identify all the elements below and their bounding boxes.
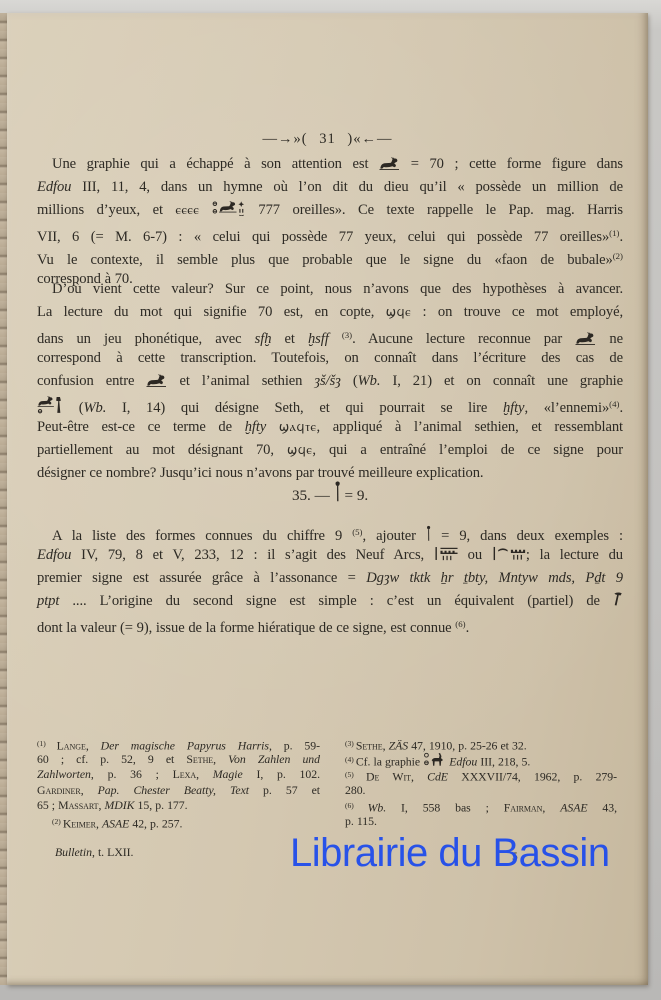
- text-segment: Vu le contexte, il semble plus que proba…: [37, 252, 613, 268]
- text-segment: désigner ce nombre? Jusqu’ici nous n’avo…: [37, 465, 483, 481]
- text-segment: = 70 ; cette forme figure dans: [400, 156, 623, 172]
- paragraph-3: A la liste des formes connues du chiffre…: [37, 521, 623, 636]
- text-segment: ȝš/šȝ: [314, 373, 340, 389]
- text-segment: (6): [345, 801, 368, 810]
- text-segment: Pap. Chester Beatty, Text: [98, 783, 249, 797]
- text-segment: , appliqué à l’animal sethien, et ressem…: [317, 419, 623, 435]
- text-segment: Dgȝw tktk ẖr ṯbty, Mntyw mds, Pḏt 9: [366, 570, 623, 586]
- text-segment: (: [63, 400, 83, 416]
- text-segment: 280.: [345, 783, 365, 797]
- text-line: premier signe est assurée grâce à l’asso…: [37, 567, 623, 590]
- text-segment: Edfou: [37, 547, 71, 563]
- text-segment: , p. 59-: [269, 739, 320, 753]
- text-line: (1) Lange, Der magische Papyrus Harris, …: [37, 736, 320, 752]
- text-segment: (5): [345, 770, 366, 779]
- text-segment: ,: [411, 770, 427, 784]
- text-segment: Lange: [57, 739, 86, 753]
- text-segment: CdE: [427, 770, 448, 784]
- text-segment: .... L’origine du second signe est simpl…: [59, 593, 613, 609]
- text-segment: 47, 1910, p. 25-26 et 32.: [408, 739, 527, 753]
- text-line: Edfou III, 11, 4, dans un hymne où l’on …: [37, 176, 623, 199]
- text-segment: , qui a entraîné l’emploi de ce signe po…: [312, 442, 623, 458]
- text-segment: confusion entre: [37, 373, 146, 389]
- text-segment: Edfou: [37, 179, 71, 195]
- text-segment: Sethe: [186, 752, 213, 766]
- text-segment: : on trouve ce mot employé,: [411, 304, 623, 320]
- paragraph-2: D’où vient cette valeur? Sur ce point, n…: [37, 278, 623, 485]
- text-line: Gardiner, Pap. Chester Beatty, Text p. 5…: [37, 783, 320, 799]
- text-segment: MDIK: [104, 798, 134, 812]
- text-segment: ḫsff: [308, 331, 329, 347]
- text-segment: ,: [213, 752, 228, 766]
- text-segment: I, p. 102.: [243, 767, 320, 781]
- text-segment: Fairman: [504, 801, 543, 815]
- text-segment: = 9.: [341, 487, 368, 504]
- text-line: (3) Sethe, ZÄS 47, 1910, p. 25-26 et 32.: [345, 736, 617, 752]
- text-segment: 65 ;: [37, 798, 58, 812]
- text-segment: Une graphie qui a échappé à son attentio…: [52, 156, 379, 172]
- text-segment: D’où vient cette valeur? Sur ce point, n…: [52, 281, 623, 297]
- text-segment: Gardiner: [37, 783, 81, 797]
- text-segment: 42, p. 257.: [129, 816, 182, 830]
- text-segment: 43,: [588, 801, 618, 815]
- text-segment: ou: [458, 547, 492, 563]
- text-segment: Zahlworten: [37, 767, 91, 781]
- section-35-heading: 35. — = 9.: [37, 481, 623, 511]
- text-segment: Peut-être est-ce ce terme de: [37, 419, 245, 435]
- text-segment: , «l’ennemi»: [524, 400, 609, 416]
- text-line: 35. — = 9.: [37, 481, 623, 511]
- text-line: Peut-être est-ce ce terme de ḫfty ϣⲁϥⲧⲉ,…: [37, 416, 623, 439]
- text-segment: et: [271, 331, 308, 347]
- text-segment: (3): [345, 739, 356, 748]
- text-line: A la liste des formes connues du chiffre…: [37, 521, 623, 544]
- page-number-ornament: —→»( 31 )«←—: [7, 131, 648, 148]
- text-segment: 35. —: [292, 487, 334, 504]
- text-line: millions d’yeux, et ⲉⲉⲉⲉ 777 oreilles». …: [37, 199, 623, 222]
- text-segment: . Aucune lecture reconnue par: [352, 331, 575, 347]
- text-segment: I, 558 bas ;: [386, 801, 504, 815]
- text-segment: (4): [345, 755, 356, 764]
- text-segment: 15, p. 177.: [134, 798, 187, 812]
- text-segment: A la liste des formes connues du chiffre…: [52, 528, 352, 544]
- text-segment: , ajouter: [363, 528, 427, 544]
- text-segment: [199, 202, 212, 218]
- text-segment: 60 ; cf. p. 52, 9 et: [37, 752, 186, 766]
- text-segment: I, 21) et on connaît une graphie: [380, 373, 623, 389]
- text-segment: I, 14) qui désigne Seth, et qui pourrait…: [106, 400, 503, 416]
- text-segment: Wb.: [83, 400, 106, 416]
- text-line: (Wb. I, 14) qui désigne Seth, et qui pou…: [37, 393, 623, 416]
- text-segment: Von Zahlen und: [228, 752, 320, 766]
- text-segment: Wb.: [358, 373, 381, 389]
- text-segment: p. 57 et: [249, 783, 320, 797]
- text-segment: La lecture du mot qui signifie 70 est, e…: [37, 304, 386, 320]
- text-segment: (2): [613, 251, 623, 261]
- text-segment: (4): [609, 399, 619, 409]
- text-segment: III, 218, 5.: [477, 754, 530, 768]
- text-line: partiellement au mot désignant 70, ϣϥⲉ, …: [37, 439, 623, 462]
- text-segment: (1): [37, 739, 57, 748]
- text-segment: ZÄS: [389, 739, 409, 753]
- bows-1-hieroglyph-icon: [434, 544, 458, 567]
- text-line: 65 ; Massart, MDIK 15, p. 177.: [37, 798, 320, 814]
- text-segment: millions d’yeux, et: [37, 202, 175, 218]
- mace-hieroglyph-icon: [334, 481, 341, 511]
- text-segment: (5): [352, 527, 362, 537]
- text-segment: [329, 331, 342, 347]
- text-segment: VII, 6 (= M. 6-7) : « celui qui possède …: [37, 229, 609, 245]
- text-line: Bulletin, t. LXII.: [55, 845, 205, 861]
- text-segment: ,: [86, 739, 101, 753]
- text-segment: (6): [455, 619, 465, 629]
- text-line: p. 115.: [345, 814, 617, 830]
- eyes-cluster-hieroglyph-icon: [212, 199, 246, 222]
- text-segment: et l’animal sethien: [167, 373, 314, 389]
- text-segment: III, 11, 4, dans un hymne où l’on dit du…: [71, 179, 623, 195]
- text-segment: Bulletin: [55, 845, 92, 859]
- page-number: 31: [312, 131, 343, 147]
- text-segment: Wb.: [368, 801, 387, 815]
- text-segment: XXXVII/74, 1962, p. 279-: [448, 770, 617, 784]
- text-line: (2) Keimer, ASAE 42, p. 257.: [37, 814, 320, 830]
- paragraph-1: Une graphie qui a échappé à son attentio…: [37, 153, 623, 291]
- text-line: Vu le contexte, il semble plus que proba…: [37, 245, 623, 268]
- footnotes-column-right: (3) Sethe, ZÄS 47, 1910, p. 25-26 et 32.…: [345, 736, 617, 830]
- text-segment: premier signe est assurée grâce à l’asso…: [37, 570, 366, 586]
- text-segment: (2): [52, 817, 63, 826]
- text-line: (6) Wb. I, 558 bas ; Fairman, ASAE 43,: [345, 798, 617, 814]
- text-line: dans un jeu phonétique, avec sfḫ et ḫsff…: [37, 324, 623, 347]
- text-segment: ,: [542, 801, 560, 815]
- text-segment: Cf. la graphie: [356, 754, 423, 768]
- text-line: (4) Cf. la graphie Edfou III, 218, 5.: [345, 752, 617, 768]
- text-line: 60 ; cf. p. 52, 9 et Sethe, Von Zahlen u…: [37, 752, 320, 768]
- text-segment: Keimer: [63, 816, 96, 830]
- text-segment: ; la lecture du: [526, 547, 623, 563]
- text-segment: .: [619, 400, 623, 416]
- text-segment: sfḫ: [255, 331, 272, 347]
- text-segment: Magie: [213, 767, 243, 781]
- text-segment: 777 oreilles». Ce texte rappelle le Pap.…: [246, 202, 623, 218]
- text-line: Une graphie qui a échappé à son attentio…: [37, 153, 623, 176]
- text-segment: , t. LXII.: [92, 845, 134, 859]
- bows-2-hieroglyph-icon: [492, 544, 526, 567]
- text-segment: ne: [596, 331, 623, 347]
- fawn-hieroglyph-icon: [379, 153, 400, 176]
- text-segment: ,: [196, 767, 213, 781]
- text-segment: ptpt: [37, 593, 59, 609]
- text-segment: Sethe: [356, 739, 383, 753]
- text-line: VII, 6 (= M. 6-7) : « celui qui possède …: [37, 222, 623, 245]
- text-segment: ASAE: [560, 801, 587, 815]
- text-segment: IV, 79, 8 et V, 233, 12 : il s’agit des …: [71, 547, 434, 563]
- text-line: D’où vient cette valeur? Sur ce point, n…: [37, 278, 623, 301]
- text-segment: De Wit: [366, 770, 411, 784]
- text-segment: ϣϥⲉ: [287, 443, 312, 457]
- footnotes-column-left: (1) Lange, Der magische Papyrus Harris, …: [37, 736, 320, 830]
- text-segment: Edfou: [449, 754, 477, 768]
- text-line: (5) De Wit, CdE XXXVII/74, 1962, p. 279-: [345, 767, 617, 783]
- text-line: dont la valeur (= 9), issue de la forme …: [37, 613, 623, 636]
- ornament-left: —→»(: [263, 131, 308, 147]
- text-line: ptpt .... L’origine du second signe est …: [37, 590, 623, 613]
- text-segment: ASAE: [102, 816, 129, 830]
- text-segment: Der magische Papyrus Harris: [101, 739, 269, 753]
- text-line: correspond à cette transcription. Toutef…: [37, 347, 623, 370]
- bookseller-watermark: Librairie du Bassin: [290, 831, 610, 876]
- text-segment: dans un jeu phonétique, avec: [37, 331, 255, 347]
- text-segment: (3): [342, 330, 352, 340]
- text-line: La lecture du mot qui signifie 70 est, e…: [37, 301, 623, 324]
- text-segment: (1): [609, 228, 619, 238]
- text-segment: = 9, dans deux exemples :: [431, 528, 623, 544]
- text-segment: Lexa: [173, 767, 196, 781]
- text-segment: ϣⲁϥⲧⲉ: [279, 420, 317, 434]
- text-segment: correspond à cette transcription. Toutef…: [37, 350, 623, 366]
- text-segment: .: [466, 620, 470, 636]
- text-segment: .: [619, 229, 623, 245]
- text-segment: p. 115.: [345, 814, 377, 828]
- text-line: Edfou IV, 79, 8 et V, 233, 12 : il s’agi…: [37, 544, 623, 567]
- text-segment: [266, 419, 279, 435]
- text-segment: dont la valeur (= 9), issue de la forme …: [37, 620, 455, 636]
- text-segment: ⲉⲉⲉⲉ: [175, 203, 199, 217]
- text-segment: Massart: [58, 798, 98, 812]
- text-segment: , p. 36 ;: [91, 767, 173, 781]
- text-segment: partiellement au mot désignant 70,: [37, 442, 287, 458]
- text-segment: ϣϥⲉ: [386, 305, 411, 319]
- text-segment: ḫfty: [503, 400, 524, 416]
- scanned-book-photo: { "header": { "ornament_left": "—→»(", "…: [0, 0, 661, 1000]
- text-line: Zahlworten, p. 36 ; Lexa, Magie I, p. 10…: [37, 767, 320, 783]
- ornament-right: )«←—: [347, 131, 392, 147]
- text-segment: ḫfty: [245, 419, 266, 435]
- bulletin-signature-line: Bulletin, t. LXII.: [55, 845, 205, 861]
- text-line: 280.: [345, 783, 617, 799]
- text-line: confusion entre et l’animal sethien ȝš/š…: [37, 370, 623, 393]
- throwstick-hieroglyph-icon: [613, 590, 623, 613]
- text-segment: (: [341, 373, 358, 389]
- text-segment: ,: [81, 783, 98, 797]
- fawn-hieroglyph-icon: [146, 370, 167, 393]
